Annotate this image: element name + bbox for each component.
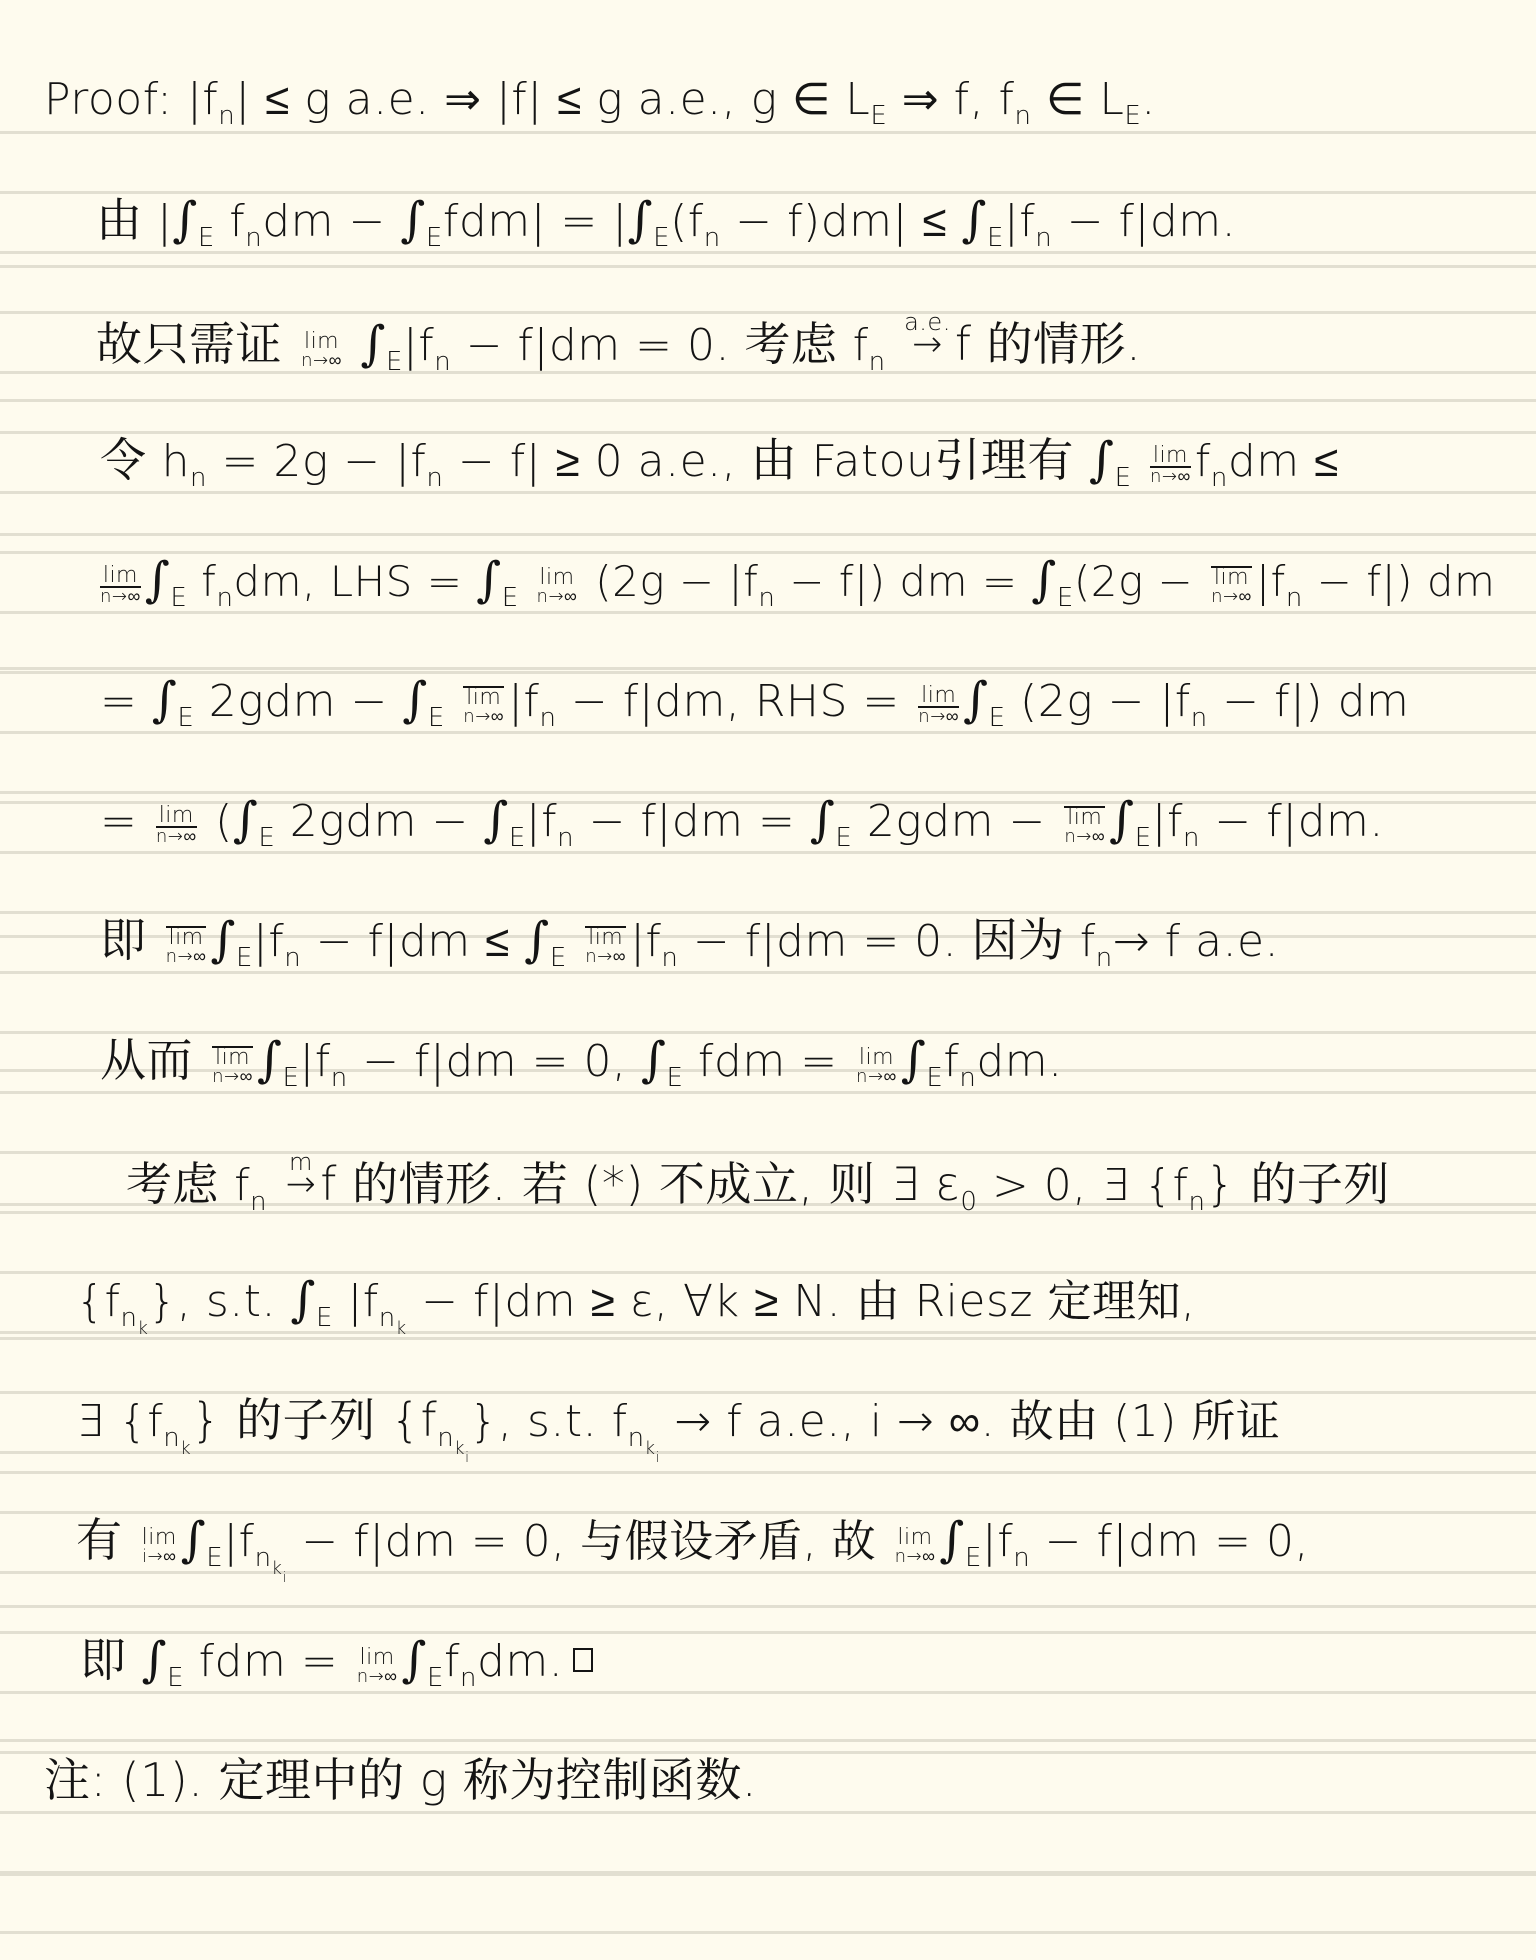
ae-convergence-arrow: a.e.→ [904, 312, 951, 358]
math-text: − f|dm, RHS = [556, 676, 914, 727]
integral-sign: ∫ [402, 1632, 428, 1688]
lim-label: lim [156, 806, 197, 828]
subscript: k [645, 1438, 656, 1459]
subscript: n [1189, 1187, 1206, 1217]
subscript: E [870, 101, 887, 131]
integral-sign: ∫ [402, 672, 428, 728]
math-text: |f [508, 676, 539, 727]
lim-label: lim [1150, 446, 1191, 468]
subscript: E [989, 703, 1006, 733]
math-text: = [100, 796, 152, 847]
subscript: n [1013, 1543, 1030, 1573]
subscript: n [539, 703, 556, 733]
subscript: E [987, 223, 1004, 253]
subscript: n [331, 1063, 348, 1093]
math-text: = [100, 676, 152, 727]
limsup-operator: limn→∞ [166, 926, 207, 966]
math-text: − f|dm ≥ ε, ∀k ≥ N. 由 Riesz 定理知, [407, 1276, 1196, 1327]
proof-line-2: 由 |∫E fndm − ∫Efdm| = |∫E(fn − f)dm| ≤ ∫… [96, 192, 1236, 252]
math-text: fdm = [184, 1636, 353, 1687]
math-text: f [201, 557, 216, 606]
math-text: f [234, 1160, 250, 1211]
cjk-text: 即 [100, 913, 162, 967]
subscript: E [965, 1543, 982, 1573]
cjk-text: f 的情形. [955, 317, 1141, 371]
subscript: 0 [960, 1187, 977, 1217]
integral-sign: ∫ [210, 912, 236, 968]
subscript: n [163, 1423, 180, 1453]
lim-subscript: n→∞ [212, 1068, 253, 1086]
math-text: − f|dm = 0, [348, 1036, 641, 1087]
math-text: f [444, 1636, 460, 1687]
subscript: n [869, 347, 886, 377]
limsup-operator: limn→∞ [585, 926, 626, 966]
integral-sign: ∫ [233, 792, 259, 848]
integral-sign: ∫ [628, 192, 654, 248]
liminf-operator: limn→∞ [100, 566, 141, 606]
math-text: f a.e. [1150, 916, 1279, 967]
subscript: E [1115, 463, 1132, 493]
note-line: 注: (1). 定理中的 g 称为控制函数. [44, 1752, 757, 1812]
math-text: − f|) dm = [775, 557, 1031, 606]
cjk-text: 故只需证 [96, 317, 297, 371]
subscript: n [245, 223, 262, 253]
math-text: ⇒ f, f [887, 74, 1014, 125]
proof-line-12: ∃ {fnk} 的子列 {fnki}, s.t. fnki → f a.e., … [76, 1392, 1280, 1452]
math-text: |f [403, 320, 434, 371]
cjk-text: } 的子列 {f [191, 1393, 437, 1447]
math-text: }, s.t. [148, 1276, 290, 1327]
subscript: n [255, 1543, 272, 1573]
subscript: E [509, 823, 526, 853]
subscript: n [190, 463, 207, 493]
lim-label: lim [1211, 566, 1252, 588]
limsup-operator: limn→∞ [1211, 566, 1252, 606]
liminf-operator: limn→∞ [156, 806, 197, 846]
lim-label: lim [585, 926, 626, 948]
math-text: dm, LHS = [233, 557, 476, 606]
lim-subscript: n→∞ [1150, 468, 1191, 486]
math-text: |f [630, 916, 661, 967]
math-text: }, s.t. f [470, 1396, 628, 1447]
proof-line-10: 考虑 fn m→f 的情形. 若 (*) 不成立, 则 ∃ ε0 > 0, ∃ … [126, 1152, 1390, 1212]
arrow-icon: → [1113, 916, 1150, 967]
lim-label: lim [918, 686, 959, 708]
subscript: n [284, 943, 301, 973]
subscript: E [428, 703, 445, 733]
subscript: E [426, 223, 443, 253]
integral-sign: ∫ [400, 192, 426, 248]
subscript: n [120, 1303, 137, 1333]
note-text: 注: (1). 定理中的 g 称为控制函数. [44, 1753, 757, 1807]
subscript: n [1286, 583, 1303, 613]
math-text: ( [201, 796, 233, 847]
math-text: . [1141, 74, 1156, 125]
cjk-text: } 的子列 [1206, 1157, 1390, 1211]
subscript: E [236, 943, 253, 973]
subscript: n [216, 583, 233, 613]
integral-sign: ∫ [524, 912, 550, 968]
math-text: − f|dm = 0. [678, 916, 971, 967]
subscript: n [661, 943, 678, 973]
math-text: dm. [976, 1036, 1062, 1087]
integral-sign: ∫ [963, 672, 989, 728]
math-text: f [1195, 436, 1211, 487]
math-text: − f)dm| ≤ [721, 196, 962, 247]
cjk-text: 从而 [100, 1033, 208, 1087]
lim-label: lim [357, 1648, 398, 1668]
subscript: n [379, 1303, 396, 1333]
math-text: |f [187, 74, 218, 125]
subscript: n [758, 583, 775, 613]
integral-sign: ∫ [152, 672, 178, 728]
lim-subscript: n→∞ [856, 1068, 897, 1086]
lim-label: lim [301, 332, 342, 352]
proof-line-14: 即 ∫E fdm = limn→∞∫Efndm. [80, 1632, 593, 1692]
subscript: n [434, 347, 451, 377]
math-text: − f|dm ≤ [301, 916, 524, 967]
subscript: E [1135, 823, 1152, 853]
math-text: dm − [262, 196, 400, 247]
lim-subscript: n→∞ [1064, 828, 1105, 846]
lim-label: lim [166, 926, 207, 948]
arrow-icon: → [286, 1172, 317, 1198]
lim-operator: limn→∞ [856, 1048, 897, 1086]
integral-sign: ∫ [291, 1272, 317, 1328]
integral-sign: ∫ [901, 1032, 927, 1088]
math-text: | [143, 196, 173, 247]
math-text: 2gdm − [194, 676, 402, 727]
math-text: − f|dm = 0. [451, 320, 744, 371]
math-text: (2g − |f [581, 557, 758, 606]
integral-sign: ∫ [1089, 432, 1115, 488]
proof-label: Proof: [44, 74, 172, 125]
subscript: n [460, 1663, 477, 1693]
proof-line-1: Proof: |fn| ≤ g a.e. ⇒ |f| ≤ g a.e., g ∈… [44, 72, 1156, 132]
cjk-text: f 的情形. 若 (*) 不成立, 则 ∃ ε [320, 1157, 960, 1211]
limsup-operator: limn→∞ [463, 686, 504, 726]
proof-line-9: 从而 limn→∞∫E|fn − f|dm = 0, ∫E fdm = limn… [100, 1032, 1063, 1092]
subscript: E [170, 583, 187, 613]
subscript: n [1015, 101, 1032, 131]
lim-subscript: n→∞ [918, 708, 959, 726]
subscript: E [177, 703, 194, 733]
integral-sign: ∫ [810, 792, 836, 848]
liminf-operator: limn→∞ [918, 686, 959, 726]
subscript: E [206, 1543, 223, 1573]
math-text: (f [670, 196, 704, 247]
subscript: E [282, 1063, 299, 1093]
proof-line-6: = ∫E 2gdm − ∫E limn→∞|fn − f|dm, RHS = l… [100, 672, 1409, 732]
lim-subscript: n→∞ [1211, 588, 1252, 606]
subscript: n [218, 101, 235, 131]
subscript: n [704, 223, 721, 253]
cjk-text: 引理有 [934, 433, 1089, 487]
subscript: k [396, 1318, 407, 1339]
math-text: − f|dm = 0, [1030, 1516, 1309, 1567]
lim-label: lim [856, 1048, 897, 1068]
integral-sign: ∫ [483, 792, 509, 848]
math-text: − f|) dm [1208, 676, 1410, 727]
integral-sign: ∫ [1109, 792, 1135, 848]
math-text: |f [1004, 196, 1035, 247]
ruled-line [0, 1931, 1536, 1934]
lim-subscript: n→∞ [100, 588, 141, 606]
subscript: n [1211, 463, 1228, 493]
lim-subscript: i→∞ [142, 1548, 177, 1566]
math-text: |f [1256, 557, 1286, 606]
math-text: Fatou [812, 436, 935, 487]
lim-operator: limn→∞ [537, 568, 578, 606]
lim-subscript: n→∞ [463, 708, 504, 726]
integral-sign: ∫ [172, 192, 198, 248]
math-text: 2gdm − [275, 796, 483, 847]
integral-sign: ∫ [961, 192, 987, 248]
math-text: fdm = [683, 1036, 852, 1087]
proof-line-13: 有 limi→∞∫E|fnki − f|dm = 0, 与假设矛盾, 故 lim… [76, 1512, 1309, 1572]
subscript: i [282, 1570, 286, 1586]
math-text: |f [253, 916, 284, 967]
cjk-text: 有 [76, 1513, 138, 1567]
cjk-text: 由 [751, 433, 798, 487]
subscript: n [1183, 823, 1200, 853]
proof-line-11: {fnk}, s.t. ∫E |fnk − f|dm ≥ ε, ∀k ≥ N. … [76, 1272, 1195, 1332]
subscript: k [454, 1438, 465, 1459]
lim-label: lim [1064, 806, 1105, 828]
math-text: |f [223, 1516, 254, 1567]
math-text: f [943, 1036, 959, 1087]
integral-sign: ∫ [142, 1632, 168, 1688]
proof-line-8: 即 limn→∞∫E|fn − f|dm ≤ ∫E limn→∞|fn − f|… [100, 912, 1279, 972]
lim-operator: limn→∞ [357, 1648, 398, 1686]
ruled-line [0, 1871, 1536, 1874]
subscript: n [1191, 703, 1208, 733]
limsup-operator: limn→∞ [212, 1046, 253, 1086]
lim-operator: limn→∞ [301, 332, 342, 370]
math-text: |f [299, 1036, 330, 1087]
math-text: ∈ L [1032, 74, 1125, 125]
lim-subscript: n→∞ [156, 828, 197, 846]
lim-subscript: n→∞ [895, 1548, 936, 1566]
math-text: | ≤ g a.e. ⇒ |f| ≤ g a.e., g ∈ L [235, 74, 870, 125]
subscript: n [1096, 943, 1113, 973]
lim-operator: limi→∞ [142, 1528, 177, 1566]
math-text: |f [982, 1516, 1013, 1567]
subscript: n [557, 823, 574, 853]
math-text: dm. [477, 1636, 563, 1687]
proof-line-5: limn→∞∫E fndm, LHS = ∫E limn→∞ (2g − |fn… [96, 552, 1495, 612]
integral-sign: ∫ [181, 1512, 207, 1568]
subscript: n [426, 463, 443, 493]
subscript: E [1124, 101, 1141, 131]
math-text: h [162, 436, 190, 487]
subscript: E [653, 223, 670, 253]
math-text: 2gdm − [852, 796, 1060, 847]
subscript: E [167, 1663, 184, 1693]
subscript: E [835, 823, 852, 853]
proof-line-7: = limn→∞ (∫E 2gdm − ∫E|fn − f|dm = ∫E 2g… [100, 792, 1384, 852]
integral-sign: ∫ [360, 316, 386, 372]
subscript: i [465, 1450, 469, 1466]
math-text: − f|) dm [1303, 557, 1496, 606]
qed-square-icon [573, 1648, 593, 1672]
math-text: − f|dm. [1052, 196, 1236, 247]
integral-sign: ∫ [476, 552, 502, 608]
math-text: f [1080, 916, 1096, 967]
math-text: |f [333, 1276, 379, 1327]
cjk-text: 考虑 [126, 1157, 234, 1211]
math-text: f [853, 320, 869, 371]
subscript: n [628, 1423, 645, 1453]
lined-notebook-page: Proof: |fn| ≤ g a.e. ⇒ |f| ≤ g a.e., g ∈… [0, 0, 1536, 1960]
subscript: E [1057, 583, 1074, 613]
subscript: E [258, 823, 275, 853]
math-text: |f [526, 796, 557, 847]
subscript: n [959, 1063, 976, 1093]
lim-subscript: n→∞ [537, 588, 578, 606]
lim-label: lim [142, 1528, 177, 1548]
subscript: k [180, 1438, 191, 1459]
subscript: n [1035, 223, 1052, 253]
math-text: (2g − [1074, 557, 1207, 606]
subscript: E [667, 1063, 684, 1093]
cjk-text: 即 [80, 1633, 142, 1687]
subscript: k [272, 1558, 283, 1579]
integral-sign: ∫ [145, 552, 171, 608]
cjk-text: 因为 [972, 913, 1080, 967]
math-text: f [229, 196, 245, 247]
integral-sign: ∫ [257, 1032, 283, 1088]
cjk-text: 由 [96, 193, 143, 247]
subscript: E [550, 943, 567, 973]
subscript: i [656, 1450, 660, 1466]
lim-label: lim [537, 568, 578, 588]
math-text: ∃ {f [76, 1396, 163, 1447]
math-text: − f|dm. [1200, 796, 1384, 847]
lim-subscript: n→∞ [585, 948, 626, 966]
lim-label: lim [212, 1046, 253, 1068]
proof-line-4: 令 hn = 2g − |fn − f| ≥ 0 a.e., 由 Fatou引理… [100, 432, 1339, 492]
lim-label: lim [895, 1528, 936, 1548]
integral-sign: ∫ [1031, 552, 1057, 608]
integral-sign: ∫ [939, 1512, 965, 1568]
lim-subscript: n→∞ [357, 1668, 398, 1686]
math-text: (2g − |f [1006, 676, 1191, 727]
lim-subscript: n→∞ [301, 352, 342, 370]
lim-label: lim [463, 686, 504, 708]
lim-subscript: n→∞ [166, 948, 207, 966]
math-text: − f| ≥ 0 a.e., [443, 436, 750, 487]
math-text: |f [1152, 796, 1183, 847]
integral-sign: ∫ [641, 1032, 667, 1088]
subscript: n [250, 1187, 267, 1217]
subscript: E [198, 223, 215, 253]
math-text: − f|dm = 0, 与假设矛盾, 故 [287, 1516, 891, 1567]
math-text: → f a.e., i → ∞. 故由 (1) 所证 [660, 1396, 1281, 1447]
cjk-text: 考虑 [744, 317, 852, 371]
math-text: fdm| = | [443, 196, 628, 247]
math-text: − f|dm = [574, 796, 810, 847]
liminf-operator: limn→∞ [1150, 446, 1191, 486]
proof-line-3: 故只需证 limn→∞ ∫E|fn − f|dm = 0. 考虑 fn a.e.… [96, 312, 1141, 372]
subscript: E [926, 1063, 943, 1093]
math-text: {f [76, 1276, 120, 1327]
measure-convergence-arrow: m→ [286, 1152, 317, 1198]
limsup-operator: limn→∞ [1064, 806, 1105, 846]
subscript: E [427, 1663, 444, 1693]
subscript: E [316, 1303, 333, 1333]
math-text: > 0, ∃ {f [977, 1160, 1188, 1211]
subscript: E [386, 347, 403, 377]
cjk-text: 令 [100, 433, 162, 487]
lim-label: lim [100, 566, 141, 588]
lim-operator: limn→∞ [895, 1528, 936, 1566]
math-text: = 2g − |f [207, 436, 426, 487]
subscript: n [437, 1423, 454, 1453]
subscript: E [502, 583, 519, 613]
subscript: k [137, 1318, 148, 1339]
math-text: dm ≤ [1228, 436, 1339, 487]
